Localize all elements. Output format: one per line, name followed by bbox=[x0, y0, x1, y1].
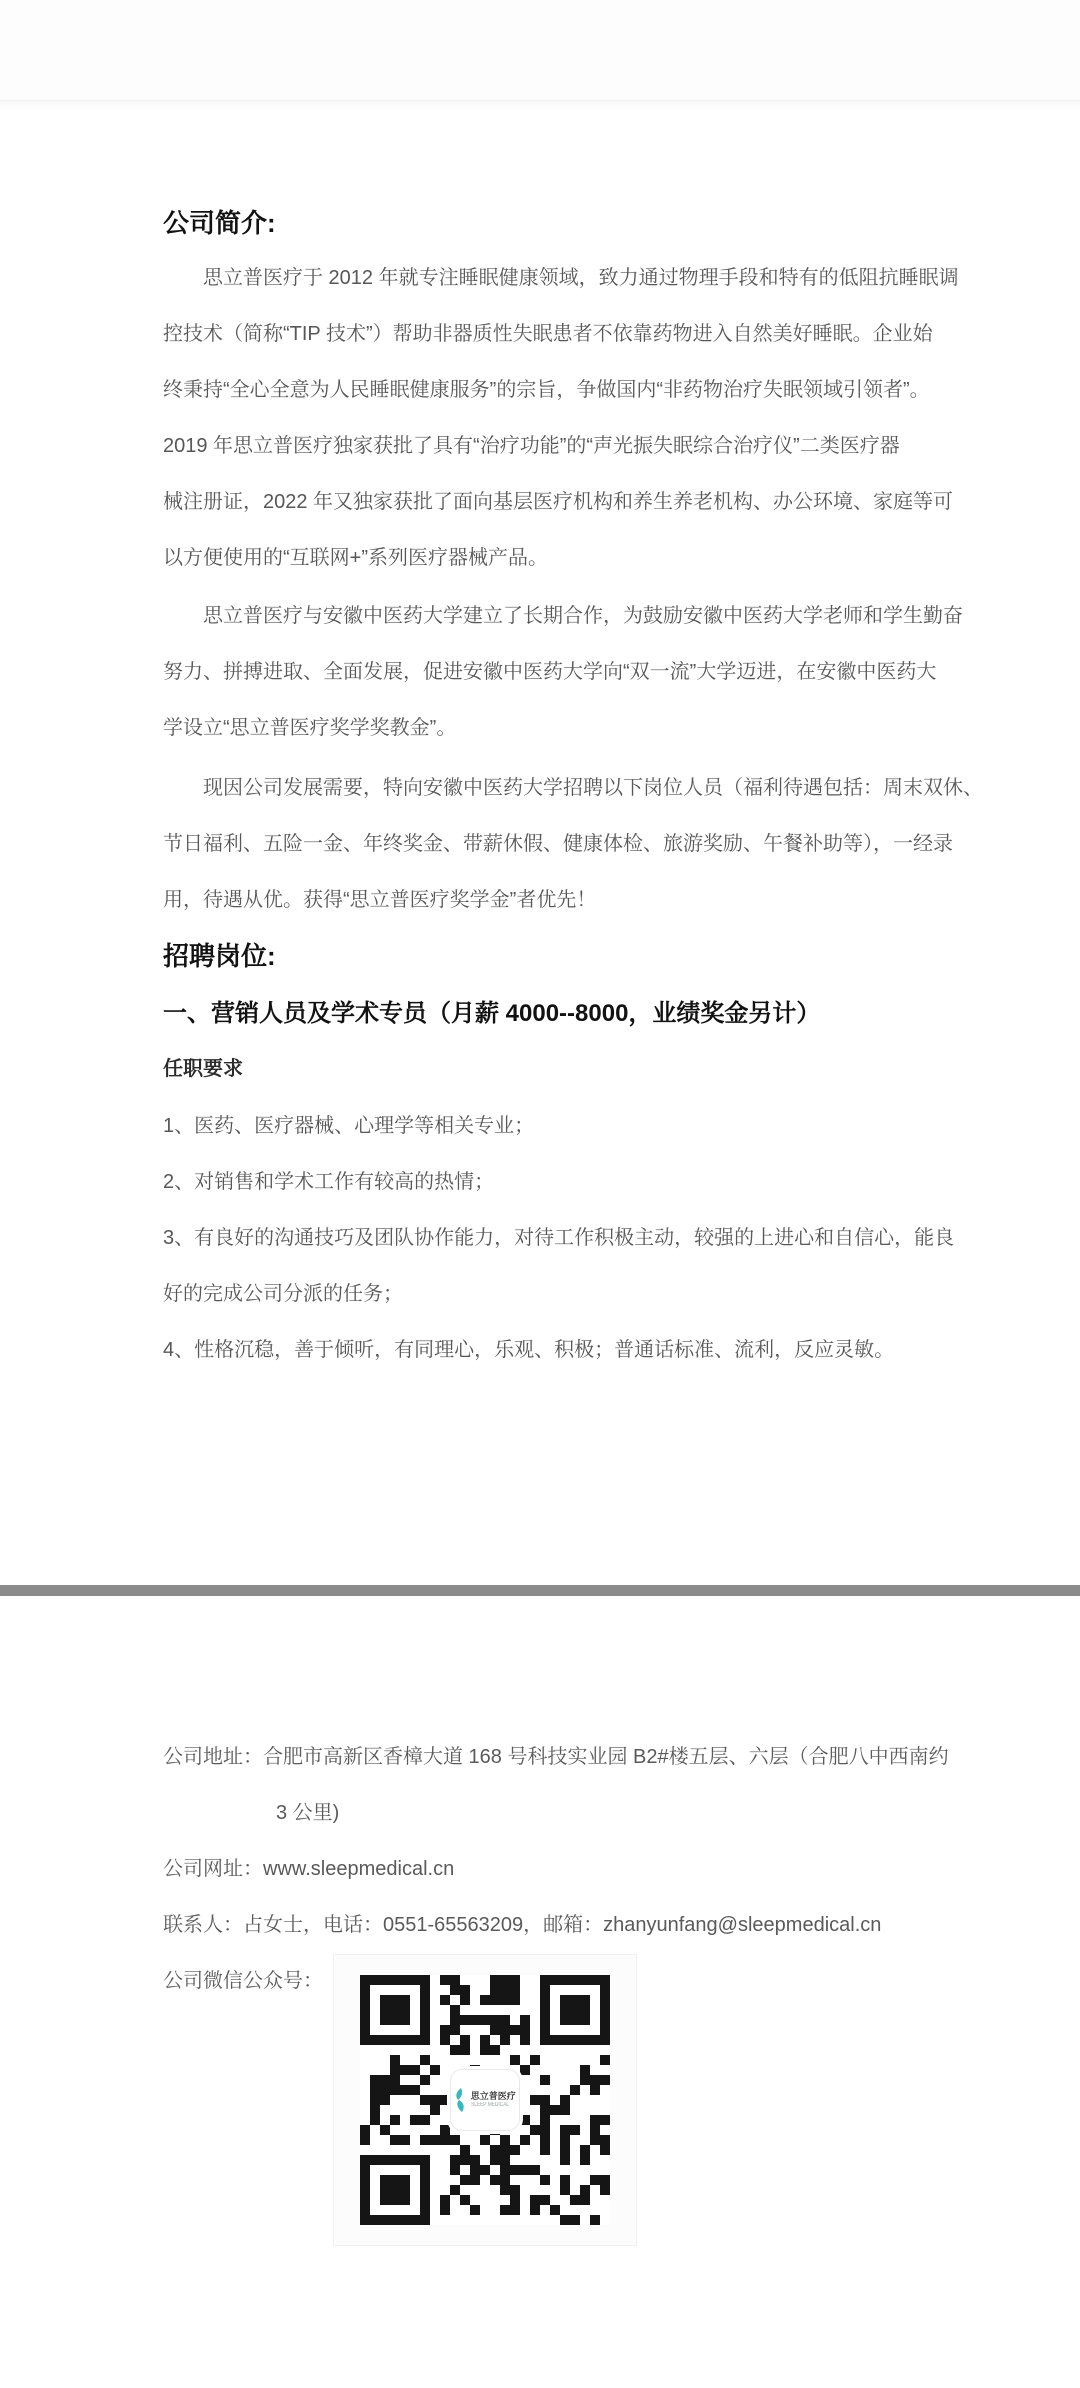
qr-module bbox=[600, 2075, 610, 2085]
qr-module bbox=[390, 2215, 400, 2225]
qr-module bbox=[580, 2155, 590, 2165]
qr-module bbox=[400, 2035, 410, 2045]
qr-module bbox=[420, 1985, 430, 1995]
qr-module bbox=[460, 2015, 470, 2025]
address-value: 合肥市高新区香樟大道 168 号科技实业园 B2#楼五层、六层（合肥八中西南约 bbox=[263, 1746, 949, 1768]
qr-module bbox=[420, 2115, 430, 2125]
qr-module bbox=[600, 2145, 610, 2155]
qr-module bbox=[360, 2135, 370, 2145]
qr-module bbox=[390, 2005, 400, 2015]
qr-module bbox=[530, 2055, 540, 2065]
qr-module bbox=[490, 2015, 500, 2025]
qr-module bbox=[400, 2155, 410, 2165]
qr-module bbox=[540, 2015, 550, 2025]
qr-module bbox=[540, 2125, 550, 2135]
qr-module bbox=[390, 2115, 400, 2125]
qr-module bbox=[500, 2015, 510, 2025]
qr-module bbox=[450, 2005, 460, 2015]
page-break-divider bbox=[0, 1585, 1080, 1596]
contact-label: 联系人： bbox=[163, 1914, 243, 1936]
qr-module bbox=[550, 2105, 560, 2115]
qr-module bbox=[420, 2025, 430, 2035]
qr-module bbox=[580, 1995, 590, 2005]
qr-module bbox=[370, 2075, 380, 2085]
wechat-qr-code: 思立普医疗 SLEEP MEDICAL bbox=[333, 1954, 637, 2246]
qr-module bbox=[530, 2205, 540, 2215]
qr-module bbox=[600, 1985, 610, 1995]
qr-module bbox=[600, 2055, 610, 2065]
qr-module bbox=[390, 2175, 400, 2185]
qr-module bbox=[410, 2155, 420, 2165]
qr-module bbox=[380, 2185, 390, 2195]
qr-module bbox=[360, 2205, 370, 2215]
qr-module bbox=[380, 2095, 390, 2105]
qr-module bbox=[400, 2195, 410, 2205]
qr-module bbox=[360, 1985, 370, 1995]
qr-module bbox=[560, 2125, 570, 2135]
qr-module bbox=[510, 2165, 520, 2175]
qr-module bbox=[540, 2115, 550, 2125]
qr-module bbox=[570, 2005, 580, 2015]
address-value-continued: 3 公里) bbox=[163, 1802, 339, 1824]
qr-module bbox=[590, 2135, 600, 2145]
qr-module bbox=[440, 2095, 450, 2105]
qr-module bbox=[360, 2215, 370, 2225]
qr-module bbox=[410, 2115, 420, 2125]
qr-module bbox=[420, 2155, 430, 2165]
qr-module bbox=[400, 1995, 410, 2005]
qr-module bbox=[540, 2005, 550, 2015]
website-url: www.sleepmedical.cn bbox=[263, 1858, 454, 1880]
qr-module bbox=[470, 2155, 480, 2165]
qr-module bbox=[510, 1995, 520, 2005]
qr-module bbox=[540, 1975, 550, 1985]
intro-paragraph-1: 思立普医疗于 2012 年就专注睡眠健康领域，致力通过物理手段和特有的低阻抗睡眠… bbox=[163, 250, 933, 586]
qr-module bbox=[360, 2035, 370, 2045]
recruitment-heading: 招聘岗位: bbox=[163, 934, 933, 978]
qr-module bbox=[460, 2155, 470, 2165]
qr-module bbox=[580, 2185, 590, 2195]
qr-module bbox=[550, 1975, 560, 1985]
qr-module bbox=[550, 2205, 560, 2215]
qr-module bbox=[420, 2005, 430, 2015]
qr-module bbox=[500, 1975, 510, 1985]
qr-module bbox=[370, 2115, 380, 2125]
qr-module bbox=[410, 2065, 420, 2075]
qr-module bbox=[390, 2055, 400, 2065]
qr-module bbox=[420, 2205, 430, 2215]
qr-module bbox=[390, 1975, 400, 1985]
qr-module bbox=[560, 2155, 570, 2165]
qr-module bbox=[500, 2185, 510, 2195]
qr-module bbox=[430, 2135, 440, 2145]
qr-module bbox=[450, 2015, 460, 2025]
qr-module bbox=[590, 2215, 600, 2225]
qr-module bbox=[490, 2045, 500, 2055]
document-body: 公司简介: 思立普医疗于 2012 年就专注睡眠健康领域，致力通过物理手段和特有… bbox=[0, 111, 1080, 2246]
qr-module bbox=[390, 2075, 400, 2085]
qr-module bbox=[560, 1995, 570, 2005]
qr-module bbox=[380, 2005, 390, 2015]
qr-module bbox=[490, 1985, 500, 1995]
qr-module bbox=[570, 2195, 580, 2205]
qr-module bbox=[390, 2035, 400, 2045]
qr-module bbox=[540, 1995, 550, 2005]
qr-module bbox=[540, 2095, 550, 2105]
qr-module bbox=[450, 2045, 460, 2055]
qr-module bbox=[600, 1995, 610, 2005]
qr-module bbox=[490, 2175, 500, 2185]
text-line: 学设立“思立普医疗奖学奖教金”。 bbox=[163, 700, 933, 756]
qr-module bbox=[510, 1975, 520, 1985]
qr-module bbox=[420, 2175, 430, 2185]
qr-module bbox=[540, 2195, 550, 2205]
qr-module bbox=[580, 2035, 590, 2045]
qr-module bbox=[390, 2155, 400, 2165]
qr-module bbox=[500, 2145, 510, 2155]
qr-module bbox=[460, 2035, 470, 2045]
qr-module bbox=[410, 2035, 420, 2045]
qr-module bbox=[400, 2135, 410, 2145]
qr-module bbox=[510, 2025, 520, 2035]
address-label: 公司地址： bbox=[163, 1746, 263, 1768]
wechat-row: 公司微信公众号： 思立普医疗 SLEEP MEDICAL bbox=[163, 1953, 933, 2246]
qr-center-logo: 思立普医疗 SLEEP MEDICAL bbox=[450, 2069, 520, 2131]
qr-module bbox=[440, 2195, 450, 2205]
qr-module bbox=[450, 2135, 460, 2145]
qr-module bbox=[590, 2125, 600, 2135]
qr-module bbox=[370, 2085, 380, 2095]
qr-module bbox=[430, 2065, 440, 2075]
qr-module bbox=[580, 2015, 590, 2025]
qr-module bbox=[360, 2175, 370, 2185]
qr-module bbox=[440, 2035, 450, 2045]
qr-module bbox=[420, 2095, 430, 2105]
qr-module bbox=[500, 2025, 510, 2035]
qr-module bbox=[530, 2095, 540, 2105]
qr-module bbox=[540, 2105, 550, 2115]
contact-value: 占女士，电话：0551-65563209，邮箱：zhanyunfang@slee… bbox=[243, 1914, 881, 1936]
qr-module bbox=[400, 2015, 410, 2025]
qr-module bbox=[540, 2175, 550, 2185]
qr-module bbox=[390, 1995, 400, 2005]
qr-module bbox=[390, 2195, 400, 2205]
document-page: { "colors": { "divider": "#8b8b8b", "acc… bbox=[0, 0, 1080, 2388]
contact-line: 联系人：占女士，电话：0551-65563209，邮箱：zhanyunfang@… bbox=[163, 1897, 933, 1953]
qr-module bbox=[370, 2095, 380, 2105]
qr-module bbox=[510, 2185, 520, 2195]
qr-module bbox=[590, 2175, 600, 2185]
qr-module bbox=[460, 2145, 470, 2155]
qr-module bbox=[420, 1995, 430, 2005]
qr-module bbox=[600, 2115, 610, 2125]
qr-module bbox=[590, 2115, 600, 2125]
qr-module bbox=[560, 2035, 570, 2045]
qr-module bbox=[390, 2065, 400, 2075]
qr-module bbox=[390, 2015, 400, 2025]
qr-logo-texts: 思立普医疗 SLEEP MEDICAL bbox=[471, 2092, 519, 2108]
qr-module bbox=[460, 2175, 470, 2185]
page-top-shade bbox=[0, 101, 1080, 111]
qr-module bbox=[470, 2175, 480, 2185]
qr-module bbox=[420, 2035, 430, 2045]
qr-module bbox=[530, 2125, 540, 2135]
qr-module bbox=[570, 1995, 580, 2005]
qr-module bbox=[580, 2145, 590, 2155]
qr-module bbox=[400, 2175, 410, 2185]
qr-module bbox=[540, 2135, 550, 2145]
qr-module bbox=[520, 2015, 530, 2025]
qr-module bbox=[600, 2005, 610, 2015]
qr-module bbox=[470, 2015, 480, 2025]
qr-module bbox=[580, 1975, 590, 1985]
requirements-heading: 任职要求 bbox=[163, 1042, 933, 1096]
qr-module bbox=[390, 2185, 400, 2195]
qr-module bbox=[360, 2185, 370, 2195]
qr-module bbox=[520, 2115, 530, 2125]
qr-module bbox=[590, 2085, 600, 2095]
qr-module bbox=[450, 2165, 460, 2175]
qr-module bbox=[540, 2035, 550, 2045]
qr-module bbox=[370, 2035, 380, 2045]
qr-module bbox=[510, 1985, 520, 1995]
qr-module bbox=[520, 2135, 530, 2145]
qr-module bbox=[380, 1995, 390, 2005]
qr-module bbox=[420, 2075, 430, 2085]
qr-module bbox=[500, 1985, 510, 1995]
text-line: 控技术（简称“TIP 技术”）帮助非器质性失眠患者不依靠药物进入自然美好睡眠。企… bbox=[163, 306, 933, 362]
qr-module bbox=[500, 2035, 510, 2045]
qr-module bbox=[510, 2055, 520, 2065]
qr-module bbox=[380, 2215, 390, 2225]
qr-module bbox=[420, 2215, 430, 2225]
qr-module bbox=[440, 1995, 450, 2005]
text-line: 思立普医疗于 2012 年就专注睡眠健康领域，致力通过物理手段和特有的低阻抗睡眠… bbox=[163, 250, 933, 306]
qr-module bbox=[380, 2175, 390, 2185]
qr-module bbox=[450, 1985, 460, 1995]
company-intro-heading: 公司简介: bbox=[163, 199, 933, 247]
qr-module bbox=[380, 2155, 390, 2165]
qr-module bbox=[600, 2035, 610, 2045]
text-line: 以方便使用的“互联网+”系列医疗器械产品。 bbox=[163, 530, 933, 586]
qr-module bbox=[560, 2095, 570, 2105]
qr-module bbox=[390, 2085, 400, 2095]
qr-module bbox=[370, 2155, 380, 2165]
qr-module bbox=[440, 2025, 450, 2035]
qr-module bbox=[400, 2215, 410, 2225]
qr-module bbox=[380, 2035, 390, 2045]
qr-module bbox=[590, 1975, 600, 1985]
qr-module bbox=[360, 2015, 370, 2025]
text-line: 现因公司发展需要，特向安徽中医药大学招聘以下岗位人员（福利待遇包括：周末双休、 bbox=[163, 760, 933, 816]
qr-module bbox=[400, 1975, 410, 1985]
qr-module bbox=[420, 2165, 430, 2175]
qr-module bbox=[440, 2135, 450, 2145]
qr-module bbox=[560, 1975, 570, 1985]
qr-module bbox=[470, 2205, 480, 2215]
qr-module bbox=[390, 2135, 400, 2145]
qr-module bbox=[440, 2125, 450, 2135]
qr-module bbox=[450, 2025, 460, 2035]
qr-module bbox=[540, 2145, 550, 2155]
qr-module bbox=[360, 2025, 370, 2035]
qr-module bbox=[480, 2015, 490, 2025]
qr-module bbox=[540, 1985, 550, 1995]
qr-module bbox=[400, 2065, 410, 2075]
qr-module bbox=[370, 1975, 380, 1985]
qr-module bbox=[420, 2195, 430, 2205]
qr-module bbox=[480, 1995, 490, 2005]
qr-logo-en-text: SLEEP MEDICAL bbox=[471, 2102, 509, 2109]
text-line: 终秉持“全心全意为人民睡眠健康服务”的宗旨，争做国内“非药物治疗失眠领域引领者”… bbox=[163, 362, 933, 418]
qr-module bbox=[580, 2005, 590, 2015]
qr-module bbox=[380, 2015, 390, 2025]
qr-module bbox=[480, 2135, 490, 2145]
qr-module bbox=[560, 2135, 570, 2145]
text-line: 1、医药、医疗器械、心理学等相关专业； bbox=[163, 1098, 933, 1154]
qr-module bbox=[500, 2165, 510, 2175]
qr-module bbox=[490, 2145, 500, 2155]
qr-module bbox=[530, 2195, 540, 2205]
qr-module bbox=[500, 1995, 510, 2005]
page-top-margin bbox=[0, 0, 1080, 101]
qr-module bbox=[370, 2215, 380, 2225]
qr-module bbox=[560, 2215, 570, 2225]
qr-module bbox=[360, 1995, 370, 2005]
requirements-list: 1、医药、医疗器械、心理学等相关专业；2、对销售和学术工作有较高的热情；3、有良… bbox=[163, 1098, 933, 1378]
text-line: 械注册证，2022 年又独家获批了面向基层医疗机构和养生养老机构、办公环境、家庭… bbox=[163, 474, 933, 530]
qr-module bbox=[530, 2165, 540, 2175]
qr-module bbox=[360, 2165, 370, 2175]
qr-module bbox=[580, 2075, 590, 2085]
qr-module bbox=[570, 2015, 580, 2025]
qr-module bbox=[560, 2145, 570, 2155]
text-line: 2019 年思立普医疗独家获批了具有“治疗功能”的“声光振失眠综合治疗仪”二类医… bbox=[163, 418, 933, 474]
qr-module bbox=[510, 2145, 520, 2155]
qr-module bbox=[380, 2085, 390, 2095]
qr-module bbox=[420, 1975, 430, 1985]
qr-module bbox=[360, 2125, 370, 2135]
qr-module bbox=[600, 1975, 610, 1985]
qr-module bbox=[470, 2165, 480, 2175]
qr-module bbox=[410, 2085, 420, 2095]
qr-module bbox=[460, 2195, 470, 2205]
qr-module bbox=[560, 2175, 570, 2185]
text-line: 思立普医疗与安徽中医药大学建立了长期合作，为鼓励安徽中医药大学老师和学生勤奋 bbox=[163, 588, 933, 644]
qr-module bbox=[500, 2175, 510, 2185]
text-line: 努力、拼搏进取、全面发展，促进安徽中医药大学向“双一流”大学迈进，在安徽中医药大 bbox=[163, 644, 933, 700]
qr-module bbox=[500, 2205, 510, 2215]
qr-module bbox=[520, 2035, 530, 2045]
qr-module bbox=[380, 2125, 390, 2135]
qr-module bbox=[430, 2095, 440, 2105]
text-line: 4、性格沉稳，善于倾听，有同理心，乐观、积极；普通话标准、流利，反应灵敏。 bbox=[163, 1322, 933, 1378]
job-title: 一、营销人员及学术专员（月薪 4000--8000，业绩奖金另计） bbox=[163, 986, 933, 1042]
qr-module bbox=[540, 2075, 550, 2085]
qr-module bbox=[480, 2045, 490, 2055]
qr-module bbox=[580, 2195, 590, 2205]
contact-info-block: 公司地址：合肥市高新区香樟大道 168 号科技实业园 B2#楼五层、六层（合肥八… bbox=[163, 1729, 933, 2246]
qr-module bbox=[450, 2155, 460, 2165]
text-line: 3、有良好的沟通技巧及团队协作能力，对待工作积极主动，较强的上进心和自信心，能良 bbox=[163, 1210, 933, 1266]
qr-module bbox=[450, 2185, 460, 2195]
qr-module bbox=[400, 2185, 410, 2195]
qr-module bbox=[380, 1975, 390, 1985]
qr-module bbox=[420, 2135, 430, 2145]
qr-module bbox=[380, 2075, 390, 2085]
qr-module bbox=[560, 2185, 570, 2195]
text-line: 2、对销售和学术工作有较高的热情； bbox=[163, 1154, 933, 1210]
qr-module bbox=[510, 2195, 520, 2205]
qr-module bbox=[440, 2205, 450, 2215]
qr-module bbox=[460, 2045, 470, 2055]
qr-module bbox=[570, 2125, 580, 2135]
qr-module bbox=[490, 1995, 500, 2005]
qr-module bbox=[460, 1995, 470, 2005]
qr-module bbox=[420, 2055, 430, 2065]
wechat-label: 公司微信公众号： bbox=[163, 1953, 323, 2009]
qr-module bbox=[560, 2005, 570, 2015]
qr-logo-cn-text: 思立普医疗 bbox=[471, 2092, 519, 2102]
qr-module bbox=[600, 2025, 610, 2035]
address-line-wrap: 3 公里) bbox=[163, 1785, 933, 1841]
qr-module bbox=[570, 2035, 580, 2045]
qr-module bbox=[500, 2135, 510, 2145]
qr-module bbox=[510, 2205, 520, 2215]
qr-module bbox=[560, 2015, 570, 2025]
website-label: 公司网址： bbox=[163, 1858, 263, 1880]
qr-module bbox=[570, 1975, 580, 1985]
qr-module bbox=[410, 2215, 420, 2225]
qr-module bbox=[590, 2075, 600, 2085]
qr-module bbox=[480, 2035, 490, 2045]
qr-module bbox=[520, 2165, 530, 2175]
qr-module bbox=[360, 2155, 370, 2165]
qr-module bbox=[450, 1975, 460, 1985]
qr-module bbox=[420, 2185, 430, 2195]
address-line: 公司地址：合肥市高新区香樟大道 168 号科技实业园 B2#楼五层、六层（合肥八… bbox=[163, 1729, 933, 1785]
text-line: 用，待遇从优。获得“思立普医疗奖学金”者优先！ bbox=[163, 872, 933, 928]
qr-module bbox=[430, 2105, 440, 2115]
qr-module bbox=[560, 2105, 570, 2115]
qr-module bbox=[500, 2155, 510, 2165]
qr-module bbox=[460, 1985, 470, 1995]
qr-module bbox=[600, 2015, 610, 2025]
qr-module bbox=[360, 2195, 370, 2205]
qr-module bbox=[360, 2005, 370, 2015]
qr-module bbox=[600, 2135, 610, 2145]
text-line: 好的完成公司分派的任务； bbox=[163, 1266, 933, 1322]
qr-module bbox=[520, 2065, 530, 2075]
company-leaf-icon bbox=[452, 2087, 468, 2113]
qr-module bbox=[550, 2035, 560, 2045]
qr-module bbox=[400, 2085, 410, 2095]
qr-module bbox=[600, 2175, 610, 2185]
qr-module bbox=[490, 2155, 500, 2165]
qr-module bbox=[570, 2215, 580, 2225]
intro-paragraph-2: 思立普医疗与安徽中医药大学建立了长期合作，为鼓励安徽中医药大学老师和学生勤奋努力… bbox=[163, 588, 933, 756]
qr-module bbox=[400, 2005, 410, 2015]
qr-module bbox=[370, 2105, 380, 2115]
qr-module bbox=[360, 1975, 370, 1985]
qr-module bbox=[600, 2185, 610, 2195]
qr-module bbox=[570, 2085, 580, 2095]
website-line: 公司网址：www.sleepmedical.cn bbox=[163, 1841, 933, 1897]
intro-paragraph-3: 现因公司发展需要，特向安徽中医药大学招聘以下岗位人员（福利待遇包括：周末双休、节… bbox=[163, 760, 933, 928]
qr-module bbox=[440, 1975, 450, 1985]
qr-module bbox=[490, 2025, 500, 2035]
qr-module bbox=[380, 2195, 390, 2205]
